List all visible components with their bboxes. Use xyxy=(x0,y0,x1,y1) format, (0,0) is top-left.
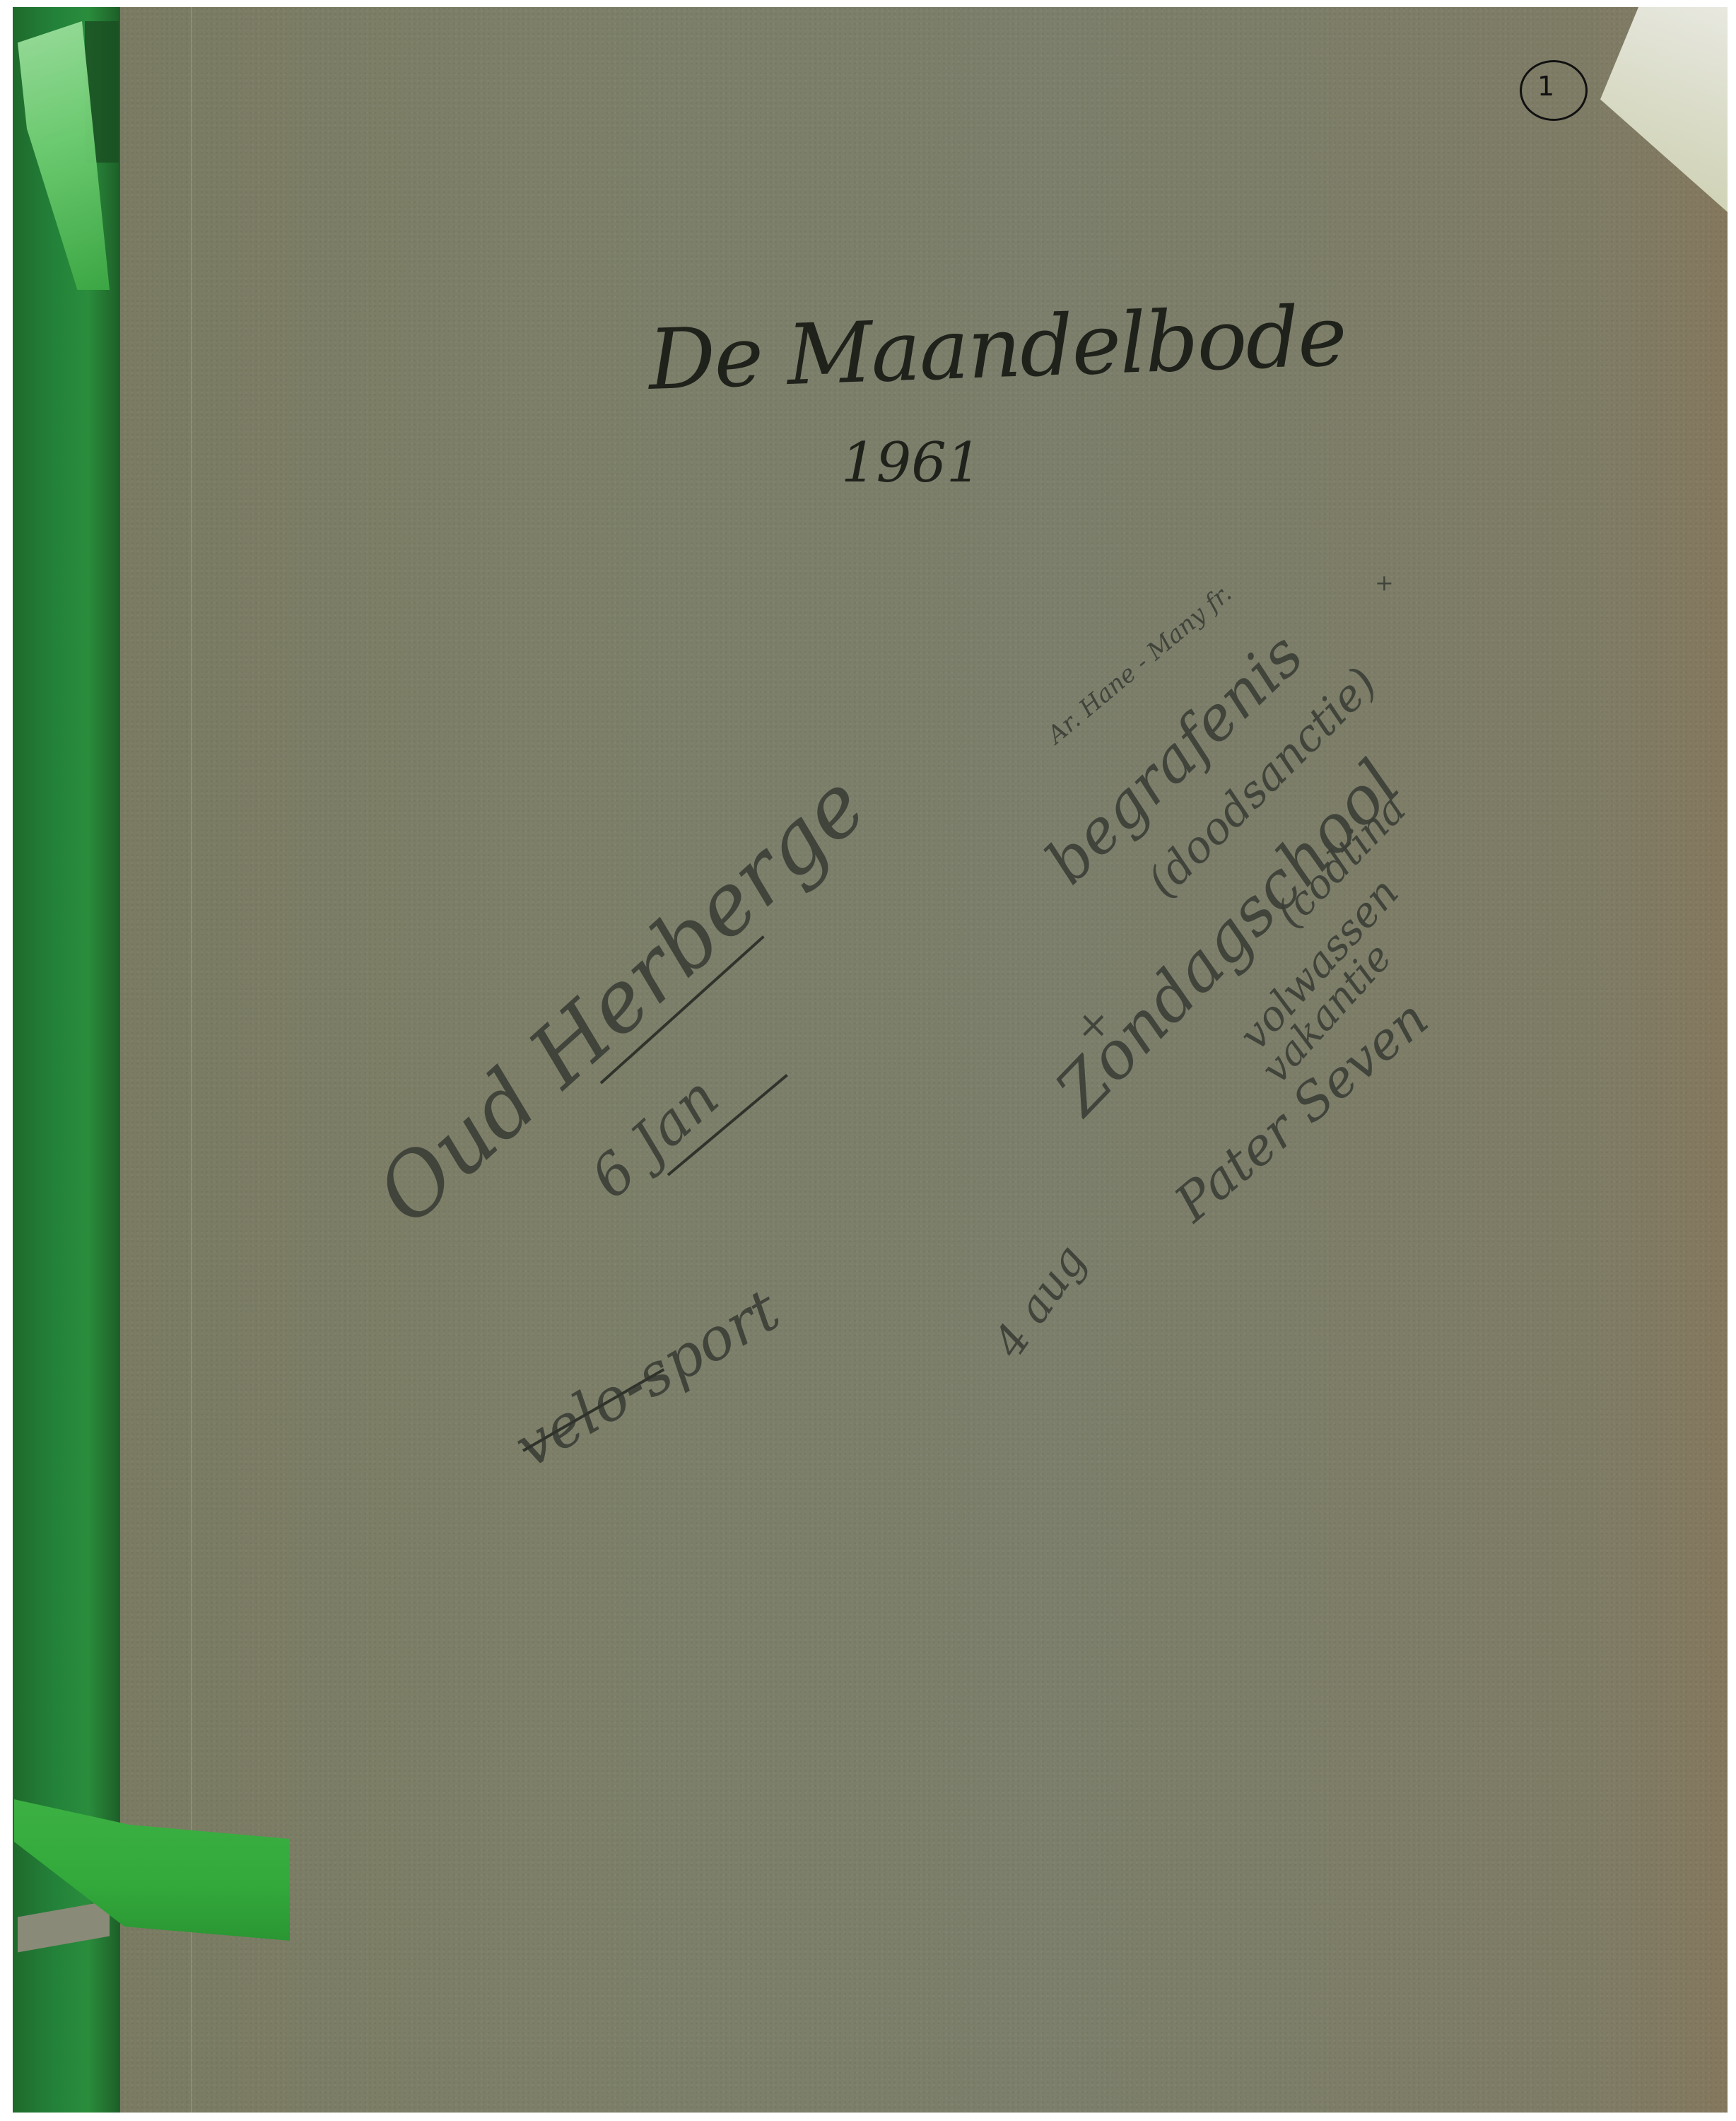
green-tape-spine xyxy=(13,7,120,2113)
note-plus: + xyxy=(1375,569,1394,596)
spine-crease xyxy=(191,7,192,2113)
corner-number: 1 xyxy=(1537,71,1554,102)
document-year: 1961 xyxy=(841,431,982,495)
